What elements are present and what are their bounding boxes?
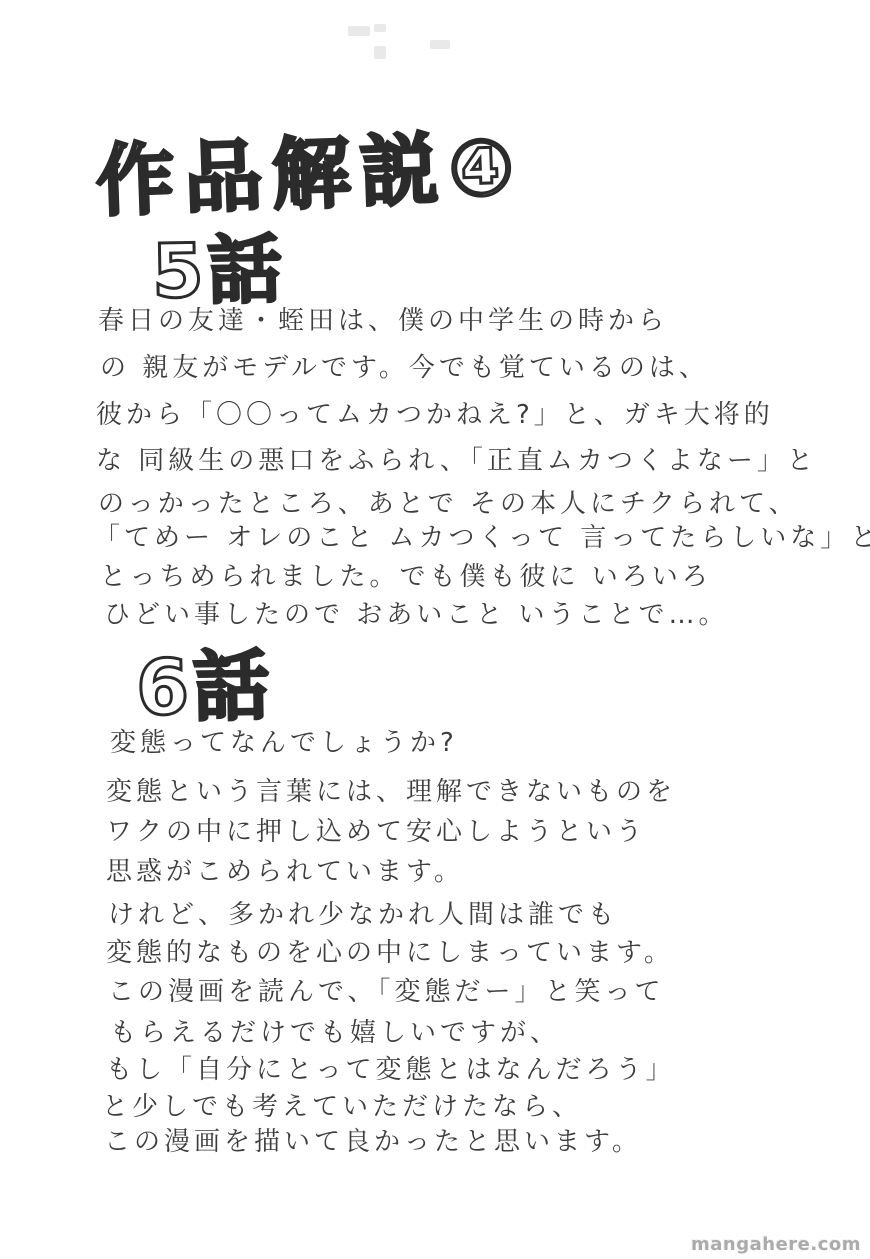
handwritten-line: 変態という言葉には、理解できないものを [106, 771, 676, 808]
handwritten-line: と少しでも考えていただけたなら、 [102, 1086, 582, 1123]
handwritten-line: もし「自分にとって変態とはなんだろう」 [106, 1049, 675, 1086]
handwritten-line: 「てめー オレのこと ムカつくって 言ってたらしいな」と [94, 517, 870, 554]
chapter-6-heading: 6話 [135, 625, 274, 736]
handwritten-line: この漫画を読んで、「変態だー」と笑って [108, 971, 664, 1008]
manga-commentary-page: 作品解説④ 5話 春日の友達・蛭田は、僕の中学生の時から の 親友がモデルです。… [0, 0, 870, 1259]
handwritten-line: な 同級生の悪口をふられ、「正直ムカつくよなー」と [96, 440, 817, 477]
watermark: mangahere.com [691, 1234, 861, 1255]
handwritten-line: 変態的なものを心の中にしまっています。 [106, 932, 674, 969]
handwritten-line: のっかったところ、あとで その本人にチクられて、 [98, 483, 798, 520]
handwritten-line: ワクの中に押し込めて安心しようという [106, 811, 646, 848]
handwritten-line: 思惑がこめられています。 [106, 851, 464, 888]
handwritten-line: けれど、多かれ少なかれ人間は誰でも [108, 894, 618, 931]
scan-artifact [348, 26, 370, 36]
handwritten-line: 変態ってなんでしょうか? [110, 722, 458, 759]
handwritten-line: 春日の友達・蛭田は、僕の中学生の時から [98, 300, 668, 337]
scan-artifact [430, 40, 450, 49]
handwritten-line: の 親友がモデルです。今でも覚ているのは、 [100, 347, 709, 384]
handwritten-line: とっちめられました。でも僕も彼に いろいろ [100, 556, 712, 593]
handwritten-line: この漫画を描いて良かったと思います。 [104, 1121, 642, 1158]
scan-artifact [374, 46, 386, 59]
scan-artifact [374, 24, 386, 32]
handwritten-line: もらえるだけでも嬉しいですが、 [110, 1012, 560, 1049]
handwritten-line: 彼から「〇〇ってムカつかねえ?」と、ガキ大将的 [96, 394, 774, 431]
